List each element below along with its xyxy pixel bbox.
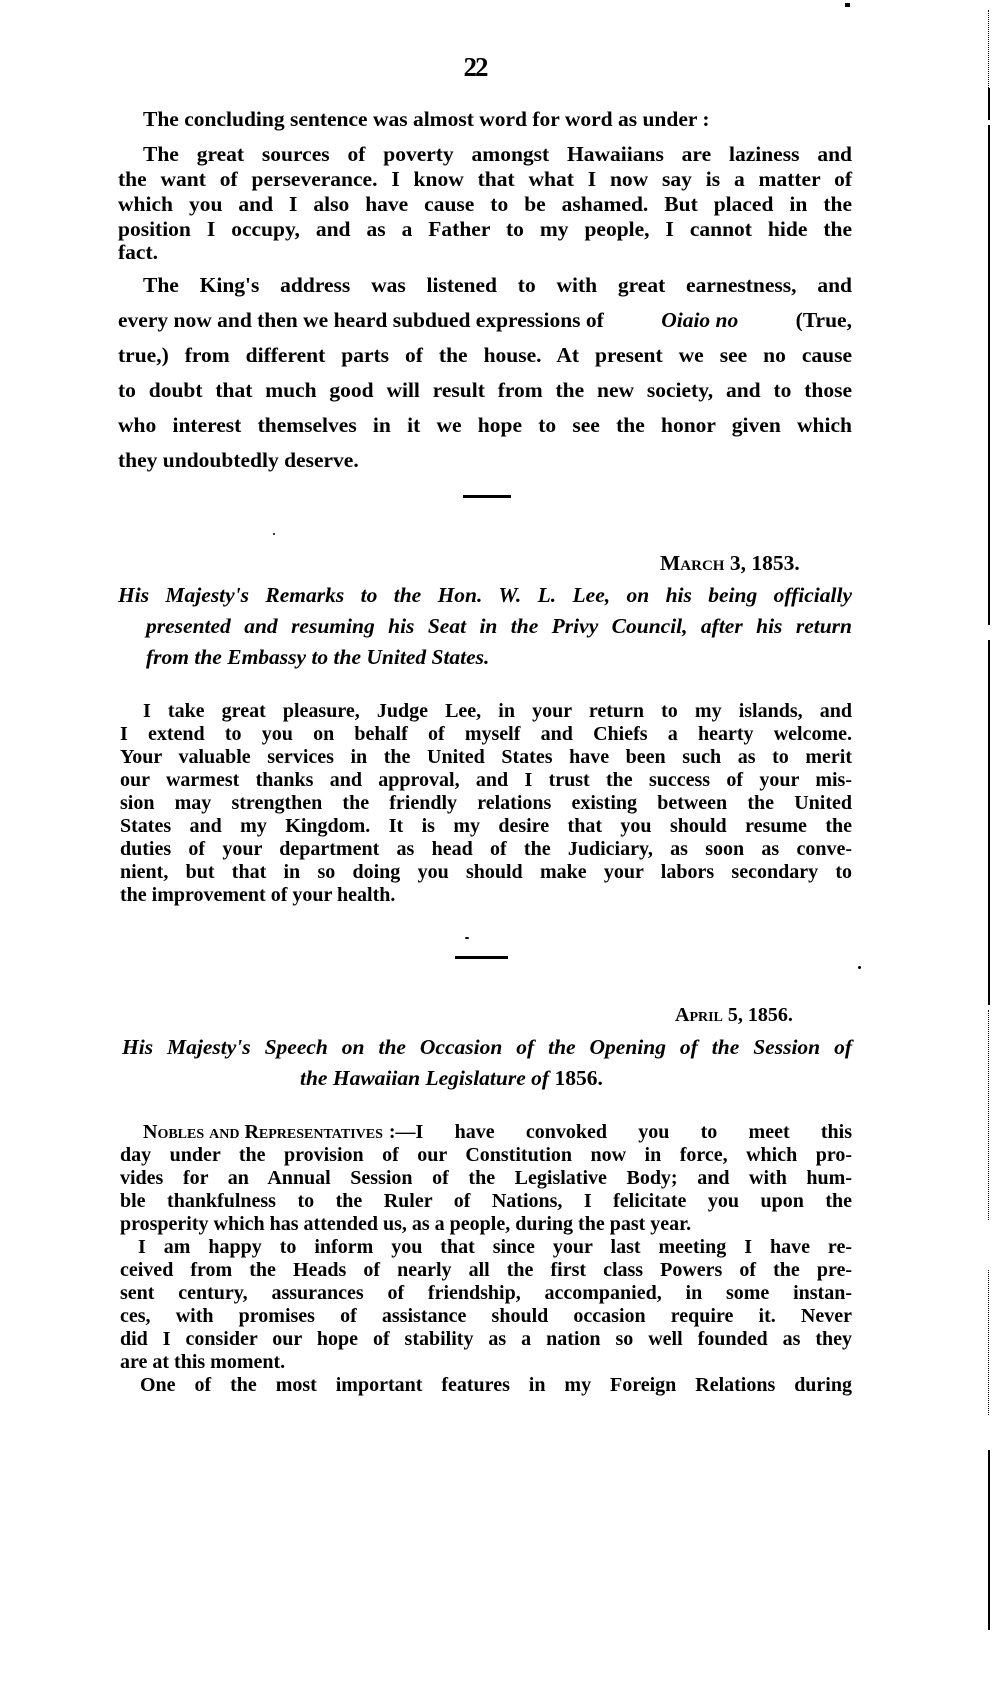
margin-rule [988,395,989,400]
body-line: did I consider our hope of stability as … [120,1328,852,1351]
body-line: I extend to you on behalf of myself and … [120,723,852,746]
section-title-line: His Majesty's Speech on the Occasion of … [122,1035,852,1060]
commentary-line: who interest themselves in it we hope to… [118,413,852,438]
body-line: ceived from the Heads of nearly all the … [120,1259,852,1282]
section-title-line: the Hawaiian Legislature of 1856. [300,1066,603,1091]
page-number: 22 [440,52,510,83]
margin-rule [988,640,990,1005]
body-line: vides for an Annual Session of the Legis… [120,1167,852,1190]
salutation: Nobles and Representatives [143,1121,383,1144]
commentary-line: they undoubtedly deserve. [118,448,359,473]
commentary-line: The King's address was listened to with … [143,273,852,298]
body-line: are at this moment. [120,1351,285,1374]
quote-line: fact. [118,240,158,265]
scanned-book-page: 22 The concluding sentence was almost wo… [0,0,1000,1687]
body-line: ble thankfulness to the Ruler of Nations… [120,1190,852,1213]
body-line: sent century, assurances of friendship, … [120,1282,852,1305]
margin-rule [988,10,989,90]
translation: (True, [796,308,852,333]
commentary-line: to doubt that much good will result from… [118,378,852,403]
body-line: I am happy to inform you that since your… [138,1236,852,1259]
scan-speck [465,937,469,939]
body-line: our warmest thanks and approval, and I t… [120,769,852,792]
body-line: Nobles and Representatives :—I have conv… [143,1121,852,1144]
title-text: the Hawaiian Legislature of [300,1066,549,1090]
body-line: day under the provision of our Constitut… [120,1144,852,1167]
body-line: One of the most important features in my… [140,1374,852,1397]
body-line: States and my Kingdom. It is my desire t… [120,815,852,838]
margin-rule [988,525,990,625]
body-line: I take great pleasure, Judge Lee, in you… [143,700,852,723]
section-title-line: His Majesty's Remarks to the Hon. W. L. … [118,583,852,608]
commentary-text: every now and then we heard subdued expr… [118,308,604,333]
body-line: the improvement of your health. [120,884,395,907]
body-line: Your valuable services in the United Sta… [120,746,852,769]
section-divider [455,956,508,959]
quote-line: position I occupy, and as a Father to my… [118,217,852,242]
quote-line: The great sources of poverty amongst Haw… [143,142,852,167]
quote-line: the want of perseverance. I know that wh… [118,167,852,192]
body-line: nient, but that in so doing you should m… [120,861,852,884]
margin-rule [988,125,990,525]
body-text: :—I have convoked you to meet this [389,1121,852,1144]
section-date: March 3, 1853. [660,551,800,576]
section-title-line: presented and resuming his Seat in the P… [146,614,852,639]
title-year: 1856. [554,1066,602,1090]
body-line: prosperity which has attended us, as a p… [120,1213,691,1236]
section-divider [463,495,511,498]
commentary-line: true,) from different parts of the house… [118,343,852,368]
scan-speck [858,966,861,969]
body-line: ces, with promises of assistance should … [120,1305,852,1328]
hawaiian-phrase: Oiaio no [661,308,738,333]
margin-rule [988,1450,990,1630]
body-line: sion may strengthen the friendly relatio… [120,792,852,815]
scan-speck [273,533,275,535]
section-title-line: from the Embassy to the United States. [146,645,489,670]
scan-speck [845,3,850,7]
body-line: duties of your department as head of the… [120,838,852,861]
commentary-line: every now and then we heard subdued expr… [118,308,852,333]
margin-rule [988,1010,989,1220]
margin-rule [988,88,990,120]
margin-rule [988,1270,989,1415]
section-intro: The concluding sentence was almost word … [143,107,710,132]
section-date: April 5, 1856. [675,1004,793,1027]
quote-line: which you and I also have cause to be as… [118,192,852,217]
